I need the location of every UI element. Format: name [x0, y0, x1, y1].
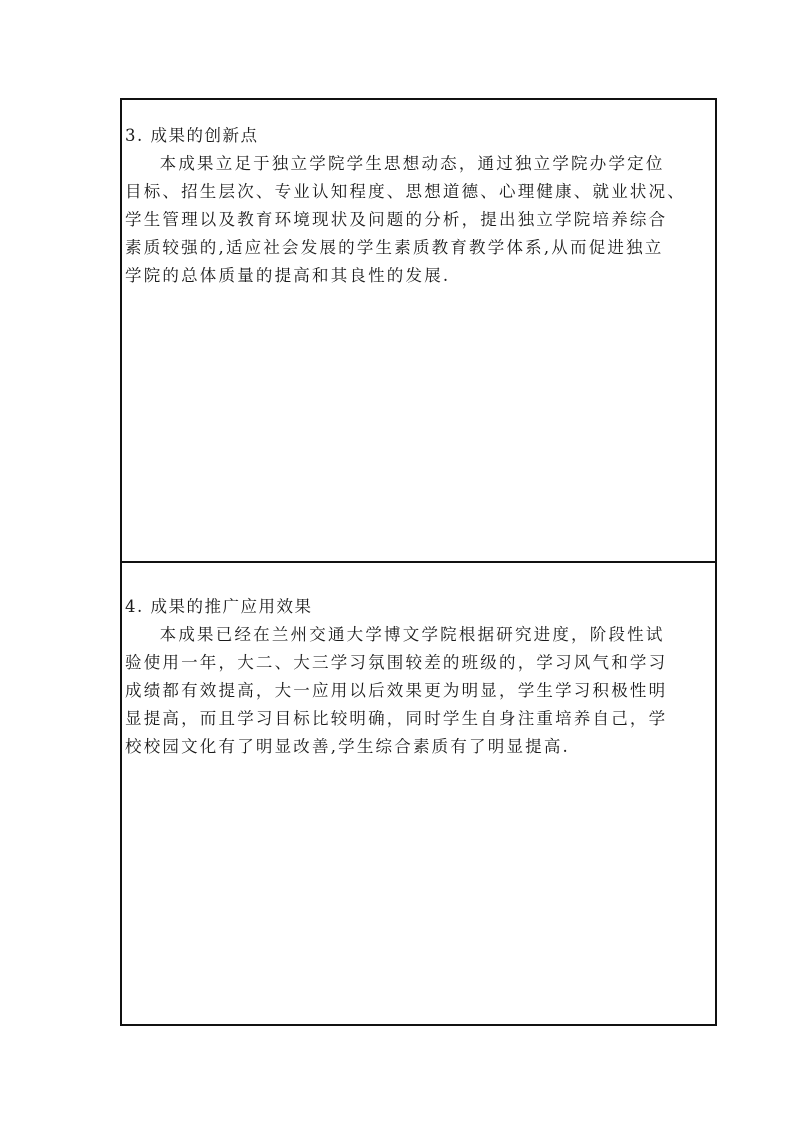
form-table: 3. 成果的创新点 本成果立足于独立学院学生思想动态，通过独立学院办学定位 目标…	[120, 98, 717, 1026]
innovation-heading: 3. 成果的创新点	[125, 122, 711, 150]
innovation-cell: 3. 成果的创新点 本成果立足于独立学院学生思想动态，通过独立学院办学定位 目标…	[122, 100, 715, 563]
application-effect-heading: 4. 成果的推广应用效果	[125, 593, 711, 621]
application-effect-cell: 4. 成果的推广应用效果 本成果已经在兰州交通大学博文学院根据研究进度，阶段性试…	[122, 565, 715, 1024]
application-effect-paragraph: 本成果已经在兰州交通大学博文学院根据研究进度，阶段性试 验使用一年，大二、大三学…	[125, 621, 711, 761]
text-line: 成绩都有效提高，大一应用以后效果更为明显，学生学习积极性明	[125, 677, 711, 705]
innovation-paragraph: 本成果立足于独立学院学生思想动态，通过独立学院办学定位 目标、招生层次、专业认知…	[125, 150, 711, 290]
text-line: 校校园文化有了明显改善,学生综合素质有了明显提高.	[125, 733, 711, 761]
text-line: 学院的总体质量的提高和其良性的发展.	[125, 262, 711, 290]
text-line: 学生管理以及教育环境现状及问题的分析，提出独立学院培养综合	[125, 206, 711, 234]
text-line: 本成果已经在兰州交通大学博文学院根据研究进度，阶段性试	[125, 621, 711, 649]
text-line: 素质较强的,适应社会发展的学生素质教育教学体系,从而促进独立	[125, 234, 711, 262]
text-line: 目标、招生层次、专业认知程度、思想道德、心理健康、就业状况、	[125, 178, 711, 206]
text-line: 本成果立足于独立学院学生思想动态，通过独立学院办学定位	[125, 150, 711, 178]
text-line: 显提高，而且学习目标比较明确，同时学生自身注重培养自己，学	[125, 705, 711, 733]
text-line: 验使用一年，大二、大三学习氛围较差的班级的，学习风气和学习	[125, 649, 711, 677]
innovation-section: 3. 成果的创新点 本成果立足于独立学院学生思想动态，通过独立学院办学定位 目标…	[125, 122, 711, 290]
application-effect-section: 4. 成果的推广应用效果 本成果已经在兰州交通大学博文学院根据研究进度，阶段性试…	[125, 593, 711, 761]
